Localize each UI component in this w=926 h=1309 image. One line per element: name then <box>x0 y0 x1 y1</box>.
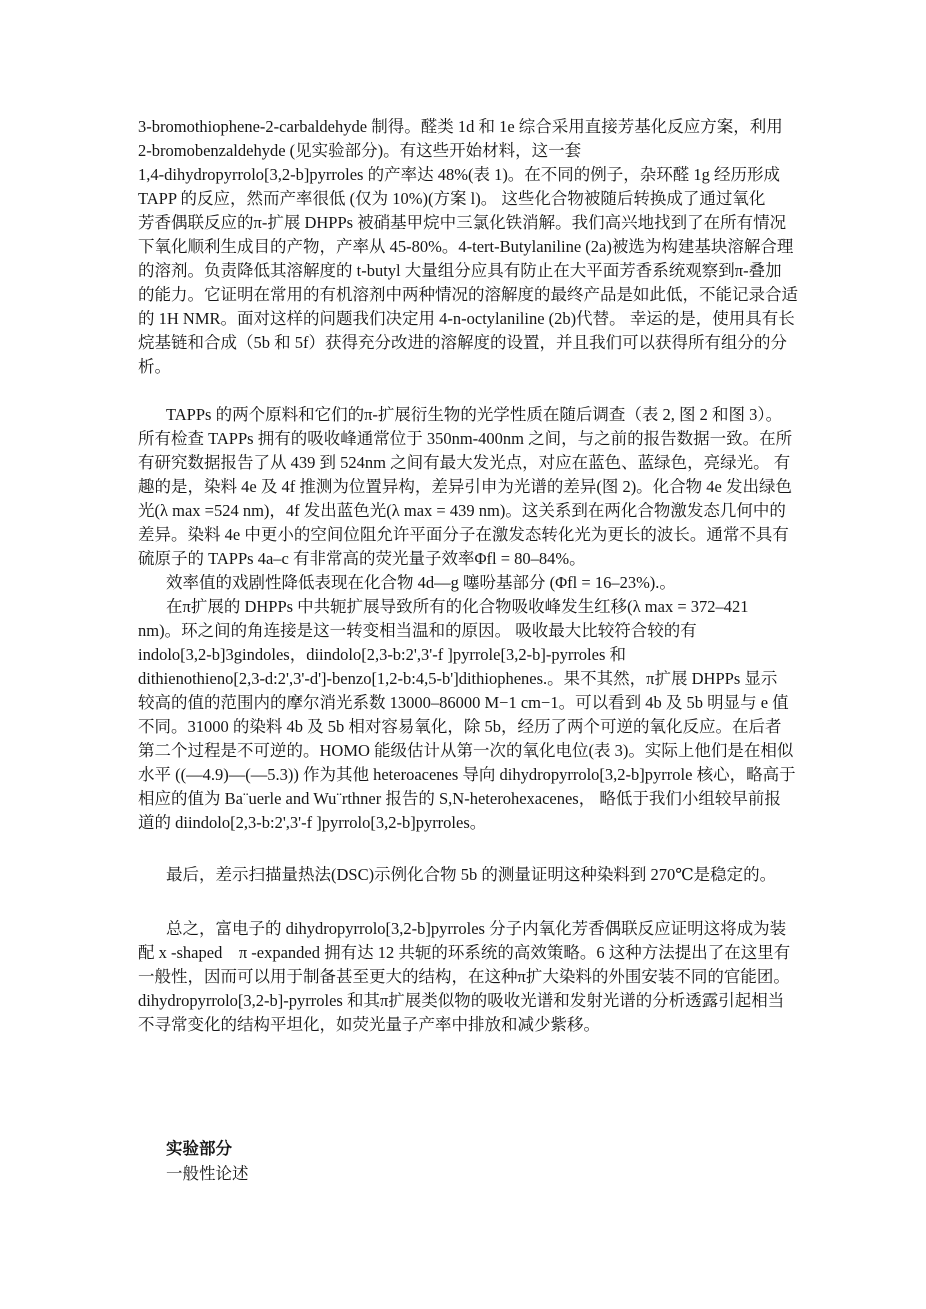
paragraph-1: 3-bromothiophene-2-carbaldehyde 制得。醛类 1d… <box>138 115 838 379</box>
text-line: 下氧化顺利生成目的产物，产率从 45-80%。4-tert-Butylanili… <box>138 235 838 259</box>
paragraph-5: 最后，差示扫描量热法(DSC)示例化合物 5b 的测量证明这种染料到 270℃是… <box>138 863 838 887</box>
text-line: 一般性，因而可以用于制备甚至更大的结构，在这种π扩大染料的外围安装不同的官能团。 <box>138 965 838 989</box>
text-line: TAPPs 的两个原料和它们的π-扩展衍生物的光学性质在随后调查（表 2, 图 … <box>138 403 838 427</box>
text-line: 效率值的戏剧性降低表现在化合物 4d—g 噻吩基部分 (Φfl = 16–23%… <box>138 571 838 595</box>
text-line: 的溶剂。负责降低其溶解度的 t-butyl 大量组分应具有防止在大平面芳香系统观… <box>138 259 838 283</box>
text-line: 所有检查 TAPPs 拥有的吸收峰通常位于 350nm-400nm 之间，与之前… <box>138 427 838 451</box>
section-gap <box>138 1037 838 1136</box>
text-line: 有研究数据报告了从 439 到 524nm 之间有最大发光点，对应在蓝色、蓝绿色… <box>138 451 838 475</box>
paragraph-3: 效率值的戏剧性降低表现在化合物 4d—g 噻吩基部分 (Φfl = 16–23%… <box>138 571 838 595</box>
paragraph-gap <box>138 379 838 403</box>
text-line: 配 x -shaped π -expanded 拥有达 12 共轭的环系统的高效… <box>138 941 838 965</box>
text-line: 最后，差示扫描量热法(DSC)示例化合物 5b 的测量证明这种染料到 270℃是… <box>138 863 838 887</box>
text-line: 较高的值的范围内的摩尔消光系数 13000–86000 M−1 cm−1。可以看… <box>138 691 838 715</box>
paragraph-6: 总之，富电子的 dihydropyrrolo[3,2-b]pyrroles 分子… <box>138 917 838 1037</box>
text-line: indolo[3,2-b]3gindoles，diindolo[2,3-b:2'… <box>138 643 838 667</box>
paragraph-gap <box>138 835 838 863</box>
text-line: 不同。31000 的染料 4b 及 5b 相对容易氧化，除 5b，经历了两个可逆… <box>138 715 838 739</box>
paragraph-2: TAPPs 的两个原料和它们的π-扩展衍生物的光学性质在随后调查（表 2, 图 … <box>138 403 838 571</box>
text-line: 3-bromothiophene-2-carbaldehyde 制得。醛类 1d… <box>138 115 838 139</box>
section-heading: 实验部分 <box>138 1136 838 1162</box>
text-line: 烷基链和合成（5b 和 5f）获得充分改进的溶解度的设置，并且我们可以获得所有组… <box>138 331 838 355</box>
text-line: 水平 ((—4.9)—(—5.3)) 作为其他 heteroacenes 导向 … <box>138 763 838 787</box>
text-line: 总之，富电子的 dihydropyrrolo[3,2-b]pyrroles 分子… <box>138 917 838 941</box>
text-line: 的 1H NMR。面对这样的问题我们决定用 4-n-octylaniline (… <box>138 307 838 331</box>
paragraph-gap <box>138 887 838 917</box>
text-line: 第二个过程是不可逆的。HOMO 能级估计从第一次的氧化电位(表 3)。实际上他们… <box>138 739 838 763</box>
text-line: 相应的值为 Ba¨uerle and Wu¨rthner 报告的 S,N-het… <box>138 787 838 811</box>
text-line: 1,4-dihydropyrrolo[3,2-b]pyrroles 的产率达 4… <box>138 163 838 187</box>
section-subheading: 一般性论述 <box>138 1162 838 1186</box>
text-line: dihydropyrrolo[3,2-b]-pyrroles 和其π扩展类似物的… <box>138 989 838 1013</box>
document-body: 3-bromothiophene-2-carbaldehyde 制得。醛类 1d… <box>138 115 838 1186</box>
text-line: 析。 <box>138 355 838 379</box>
text-line: 在π扩展的 DHPPs 中共轭扩展导致所有的化合物吸收峰发生红移(λ max =… <box>138 595 838 619</box>
text-line: 的能力。它证明在常用的有机溶剂中两种情况的溶解度的最终产品是如此低，不能记录合适 <box>138 283 838 307</box>
text-line: 2-bromobenzaldehyde (见实验部分)。有这些开始材料，这一套 <box>138 139 838 163</box>
text-line: 不寻常变化的结构平坦化，如荧光量子产率中排放和减少紫移。 <box>138 1013 838 1037</box>
text-line: TAPP 的反应，然而产率很低 (仅为 10%)(方案 l)。 这些化合物被随后… <box>138 187 838 211</box>
text-line: nm)。环之间的角连接是这一转变相当温和的原因。 吸收最大比较符合较的有 <box>138 619 838 643</box>
text-line: 硫原子的 TAPPs 4a–c 有非常高的荧光量子效率Φfl = 80–84%。 <box>138 547 838 571</box>
text-line: 光(λ max =524 nm)，4f 发出蓝色光(λ max = 439 nm… <box>138 499 838 523</box>
text-line: 芳香偶联反应的π-扩展 DHPPs 被硝基甲烷中三氯化铁消解。我们高兴地找到了在… <box>138 211 838 235</box>
text-line: dithienothieno[2,3-d:2',3'-d']-benzo[1,2… <box>138 667 838 691</box>
paragraph-4: 在π扩展的 DHPPs 中共轭扩展导致所有的化合物吸收峰发生红移(λ max =… <box>138 595 838 835</box>
document-page: 3-bromothiophene-2-carbaldehyde 制得。醛类 1d… <box>0 0 926 1309</box>
text-line: 趣的是，染料 4e 及 4f 推测为位置异构，差异引申为光谱的差异(图 2)。化… <box>138 475 838 499</box>
text-line: 差异。染料 4e 中更小的空间位阻允许平面分子在激发态转化光为更长的波长。通常不… <box>138 523 838 547</box>
text-line: 道的 diindolo[2,3-b:2',3'-f ]pyrrolo[3,2-b… <box>138 811 838 835</box>
